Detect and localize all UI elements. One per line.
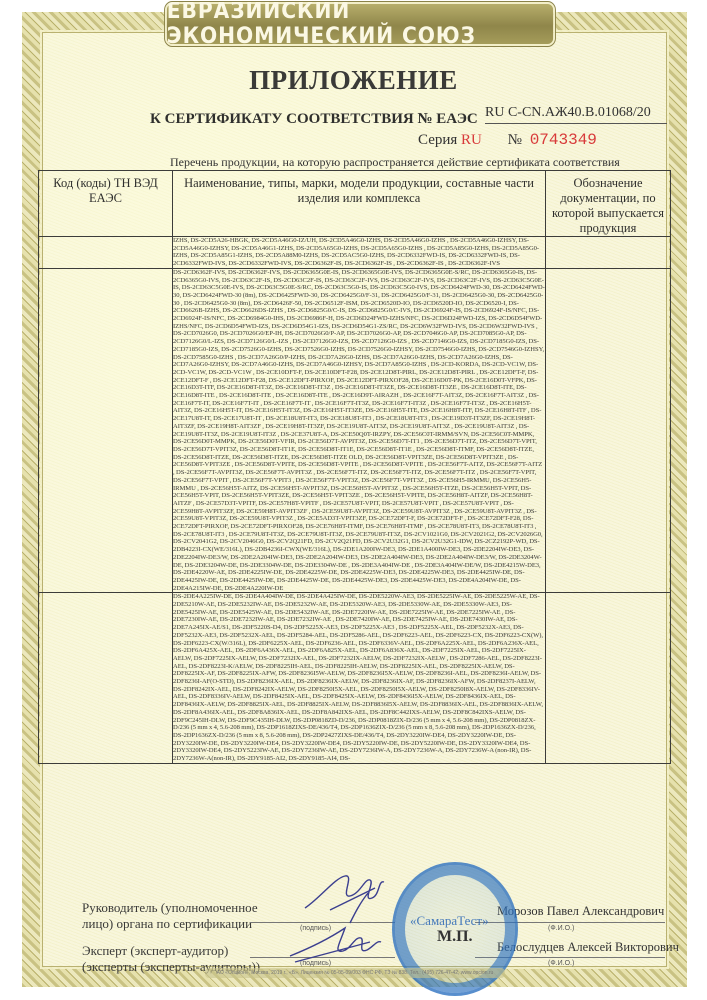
row-code: [39, 237, 173, 269]
row-models: IZHS, DS-2CD5A26-HBGK, DS-2CD5A46G0-IZ/U…: [173, 237, 546, 269]
row-doc: [546, 593, 671, 763]
series-label: Серия: [418, 132, 457, 148]
header-name: Наименование, типы, марки, модели продук…: [173, 171, 546, 237]
certificate-label: К СЕРТИФИКАТУ СООТВЕТСТВИЯ № ЕАЭС: [150, 111, 478, 128]
table-row: DS-2CD6362F-IVS, DS-2CD6362F-IVS, DS-2CD…: [39, 268, 671, 593]
certificate-number: RU С-CN.АЖ40.В.01068/20: [485, 105, 667, 124]
stamp-text: «СамараТест»: [410, 913, 489, 929]
row-doc: [546, 268, 671, 593]
row-models: DS-2CD6362F-IVS, DS-2CD6362F-IVS, DS-2CD…: [173, 268, 546, 593]
table-row: IZHS, DS-2CD5A26-HBGK, DS-2CD5A46G0-IZ/U…: [39, 237, 671, 269]
row-code: [39, 268, 173, 593]
seal-label: М.П.: [437, 928, 473, 946]
header-code: Код (коды) ТН ВЭД ЕАЭС: [39, 171, 173, 237]
series-line: Серия RU № 0743349: [418, 131, 597, 149]
series-value: RU: [461, 132, 482, 148]
table-row: DS-2DE4A225IW-DE, DS-2DE4A404IW-DE, DS-2…: [39, 593, 671, 763]
union-banner: ЕВРАЗИЙСКИЙ ЭКОНОМИЧЕСКИЙ СОЮЗ: [165, 2, 555, 46]
products-table: Код (коды) ТН ВЭД ЕАЭС Наименование, тип…: [38, 170, 671, 764]
list-caption: Перечень продукции, на которую распростр…: [170, 155, 620, 170]
document-title: ПРИЛОЖЕНИЕ: [0, 65, 707, 96]
blank-number: 0743349: [530, 131, 597, 149]
number-label: №: [508, 132, 522, 148]
table-header-row: Код (коды) ТН ВЭД ЕАЭС Наименование, тип…: [39, 171, 671, 237]
row-doc: [546, 237, 671, 269]
row-models: DS-2DE4A225IW-DE, DS-2DE4A404IW-DE, DS-2…: [173, 593, 546, 763]
printer-imprint: АО «Опцион», Москва, 2019 г., «Б». Лицен…: [205, 968, 505, 978]
header-documentation: Обозначение документации, по которой вып…: [546, 171, 671, 237]
row-code: [39, 593, 173, 763]
